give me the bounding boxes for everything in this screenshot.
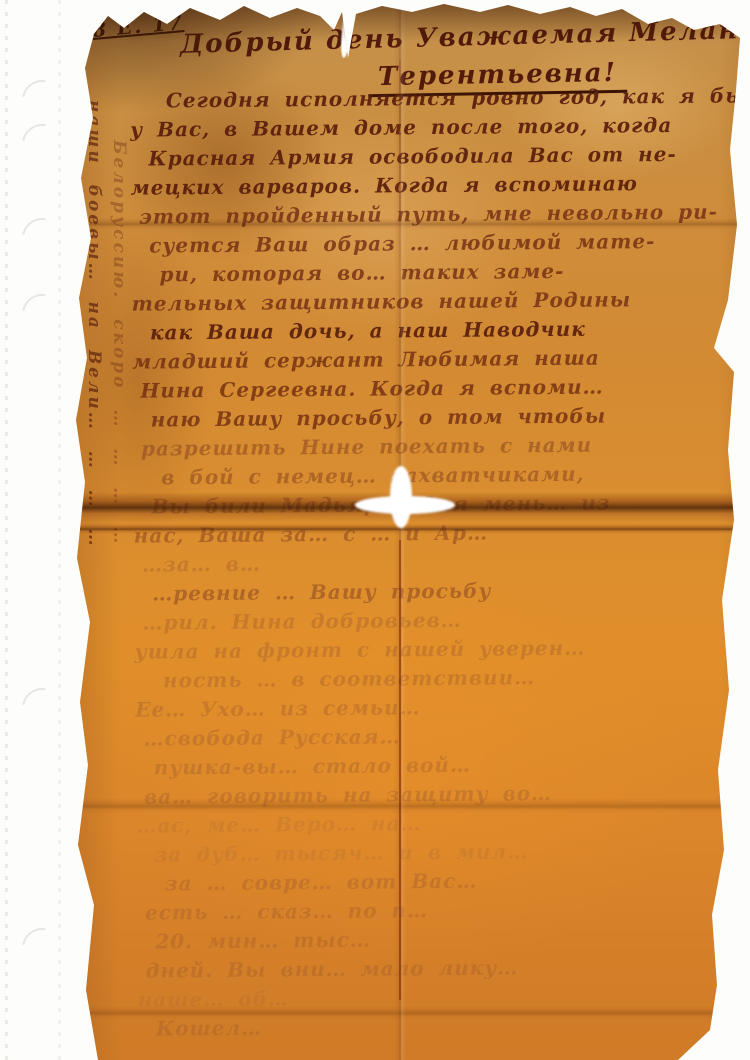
vertical-fold-line <box>399 540 401 1000</box>
punch-hole-mark <box>14 210 70 266</box>
letter-paper: 8 Е. 17 Добрый день Уважаемая Меланья Те… <box>72 0 750 1060</box>
punch-hole-mark <box>14 286 70 342</box>
vertical-fold-line <box>399 60 401 220</box>
burnt-top-left-corner <box>52 0 322 114</box>
sleeve-strip <box>0 0 76 1060</box>
punch-hole-mark <box>14 680 70 736</box>
margin-vertical-note: Белоруссию. скоро … … … … <box>109 140 129 546</box>
sleeve-perforation-line <box>5 0 8 1060</box>
fold-crease <box>72 524 750 534</box>
sleeve-perforation-line <box>58 0 61 1060</box>
fold-crease <box>72 218 750 230</box>
margin-vertical-note: наши боевы… на Вели… … … … <box>84 100 104 549</box>
punch-hole-mark <box>14 116 70 172</box>
letter-scan: 8 Е. 17 Добрый день Уважаемая Меланья Те… <box>0 0 750 1060</box>
fold-crease <box>72 798 750 814</box>
punch-hole-mark <box>14 72 70 128</box>
fold-crease <box>72 1006 750 1020</box>
punch-hole-mark <box>14 920 70 976</box>
fold-hole <box>390 466 412 528</box>
